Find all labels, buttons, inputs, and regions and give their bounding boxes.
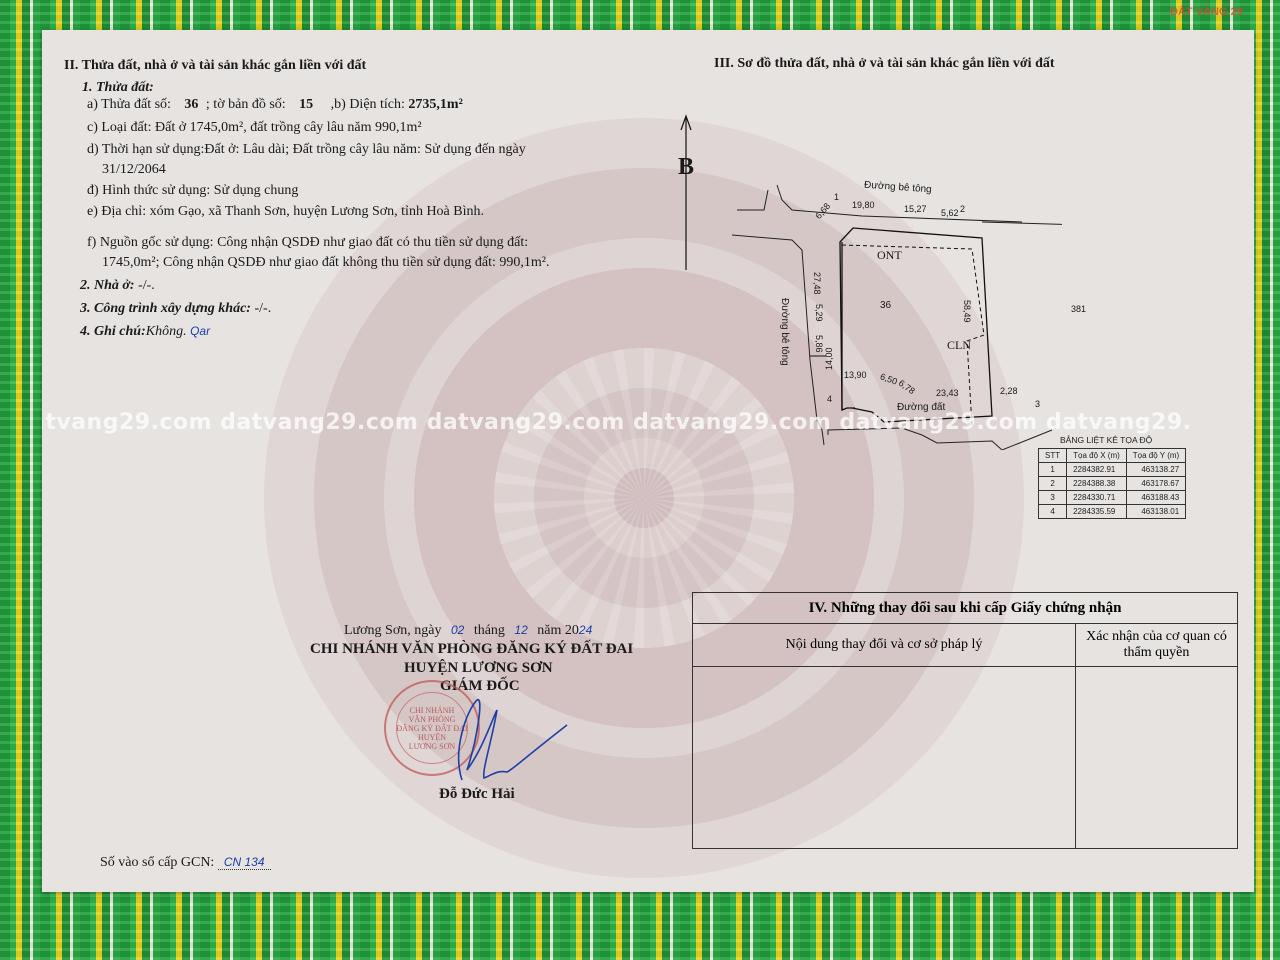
parcel-number: 36 (184, 97, 198, 112)
house-value: -/-. (135, 278, 155, 293)
zone-ont: ONT (877, 248, 902, 263)
point-3: 3 (1035, 399, 1040, 409)
date-month: 12 (514, 623, 527, 637)
area-value: 2735,1m² (408, 97, 462, 112)
coord-row: 2 2284388.38 463178.67 (1039, 477, 1186, 491)
len-top2: 15,27 (904, 204, 927, 214)
address: e) Địa chỉ: xóm Gạo, xã Thanh Sơn, huyện… (87, 204, 484, 220)
coord-row: 1 2284382.91 463138.27 (1039, 463, 1186, 477)
org-name-1: CHI NHÁNH VĂN PHÒNG ĐĂNG KÝ ĐẤT ĐAI (310, 641, 633, 658)
usage-term-date: 31/12/2064 (102, 162, 166, 178)
section2-sub1: 1. Thửa đất: (82, 80, 154, 96)
coord-table-title: BẢNG LIỆT KÊ TỌA ĐỘ (1060, 435, 1152, 445)
coord-x: 2284330.71 (1067, 491, 1127, 505)
land-type: c) Loại đất: Đất ở 1745,0m², đất trồng c… (87, 120, 422, 136)
sheet-number: 15 (299, 97, 313, 112)
len-left4: 14,00 (824, 347, 834, 370)
coord-y: 463188.43 (1126, 491, 1185, 505)
year-label: năm 20 (537, 623, 579, 638)
date-year: 24 (579, 623, 592, 637)
len-left2: 5,29 (814, 304, 824, 322)
changes-table: IV. Những thay đổi sau khi cấp Giấy chứn… (692, 592, 1238, 849)
other-construction-value: -/-. (251, 301, 271, 316)
note-label: 4. Ghi chú: (80, 324, 146, 339)
len-top3: 5,62 (941, 208, 959, 218)
coord-header-stt: STT (1039, 449, 1067, 463)
section2-title: II. Thửa đất, nhà ở và tài sản khác gắn … (64, 58, 366, 74)
changes-confirm-cell (1076, 667, 1237, 848)
signer-name: Đỗ Đức Hải (439, 786, 515, 803)
coord-y: 463138.01 (1126, 505, 1185, 519)
coord-y: 463178.67 (1126, 477, 1185, 491)
house-line: 2. Nhà ở: -/-. (80, 278, 155, 294)
land-certificate-page: II. Thửa đất, nhà ở và tài sản khác gắn … (42, 30, 1254, 892)
coord-y: 463138.27 (1126, 463, 1185, 477)
note-line: 4. Ghi chú:Không. Qar (80, 324, 210, 340)
len-top1: 19,80 (852, 200, 875, 210)
coord-stt: 4 (1039, 505, 1067, 519)
changes-title: IV. Những thay đổi sau khi cấp Giấy chứn… (693, 593, 1237, 624)
coord-row: 4 2284335.59 463138.01 (1039, 505, 1186, 519)
coord-header-x: Tọa độ X (m) (1067, 449, 1127, 463)
len-bot4: 23,43 (936, 388, 959, 398)
note-value: Không. (146, 324, 187, 339)
north-label: B (678, 154, 694, 181)
parcel-label-36: 36 (880, 300, 891, 311)
coord-stt: 1 (1039, 463, 1067, 477)
other-construction-label: 3. Công trình xây dựng khác: (80, 301, 251, 316)
changes-content-cell (693, 667, 1076, 848)
origin-line2: 1745,0m²; Công nhận QSDĐ như giao đất kh… (102, 255, 549, 271)
coord-x: 2284388.38 (1067, 477, 1127, 491)
coord-x: 2284382.91 (1067, 463, 1127, 477)
site-watermark: atvang29.com datvang29.com datvang29.com… (42, 410, 1192, 435)
road-left-label: Đường bê tông (779, 298, 790, 366)
point-1: 1 (834, 192, 839, 202)
place-date: Lương Sơn, ngày 02 tháng 12 năm 2024 (344, 623, 592, 639)
len-left3: 5,86 (814, 335, 824, 353)
usage-form: đ) Hình thức sử dụng: Sử dụng chung (87, 183, 298, 199)
other-construction-line: 3. Công trình xây dựng khác: -/-. (80, 301, 271, 317)
point-2: 2 (960, 204, 965, 214)
org-name-2: HUYỆN LƯƠNG SƠN (404, 660, 553, 677)
point-4: 4 (827, 394, 832, 404)
gcn-value: CN 134 (218, 855, 271, 870)
coord-stt: 3 (1039, 491, 1067, 505)
changes-col-content: Nội dung thay đổi và cơ sở pháp lý (693, 624, 1076, 666)
place-date-prefix: Lương Sơn, ngày (344, 623, 441, 638)
len-bot5: 2,28 (1000, 386, 1018, 396)
signature-scribble (422, 690, 572, 790)
len-left1: 27,48 (812, 272, 822, 295)
parcel-label: a) Thửa đất số: (87, 97, 171, 112)
gcn-label: Số vào sổ cấp GCN: (100, 855, 214, 870)
section3-title: III. Sơ đồ thửa đất, nhà ở và tài sản kh… (714, 56, 1055, 72)
coord-header-y: Tọa độ Y (m) (1126, 449, 1185, 463)
coord-x: 2284335.59 (1067, 505, 1127, 519)
corner-logo: ĐẤT VÀNG 29 (1170, 6, 1243, 18)
sheet-label: ; tờ bản đồ số: (206, 97, 286, 112)
parcel-line-a: a) Thửa đất số: 36 ; tờ bản đồ số: 15 ,b… (87, 97, 463, 113)
coord-table: STT Tọa độ X (m) Tọa độ Y (m) 1 2284382.… (1038, 448, 1186, 519)
usage-term: d) Thời hạn sử dụng:Đất ở: Lâu dài; Đất … (87, 142, 526, 158)
parcel-map (642, 110, 1062, 450)
zone-cln: CLN (947, 338, 971, 353)
gcn-number-line: Số vào sổ cấp GCN: CN 134 (100, 855, 271, 871)
date-day: 02 (451, 623, 464, 637)
coord-row: 3 2284330.71 463188.43 (1039, 491, 1186, 505)
len-bot1: 13,90 (844, 370, 867, 380)
area-label: ,b) Diện tích: (331, 97, 405, 112)
neighbor-label-381: 381 (1071, 304, 1086, 314)
changes-col-confirm: Xác nhận của cơ quan có thẩm quyền (1076, 624, 1237, 666)
coord-stt: 2 (1039, 477, 1067, 491)
note-initials: Qar (190, 324, 210, 338)
month-label: tháng (474, 623, 505, 638)
house-label: 2. Nhà ở: (80, 278, 135, 293)
len-right: 58,49 (962, 300, 972, 323)
origin-line1: f) Nguồn gốc sử dụng: Công nhận QSDĐ như… (87, 235, 528, 251)
